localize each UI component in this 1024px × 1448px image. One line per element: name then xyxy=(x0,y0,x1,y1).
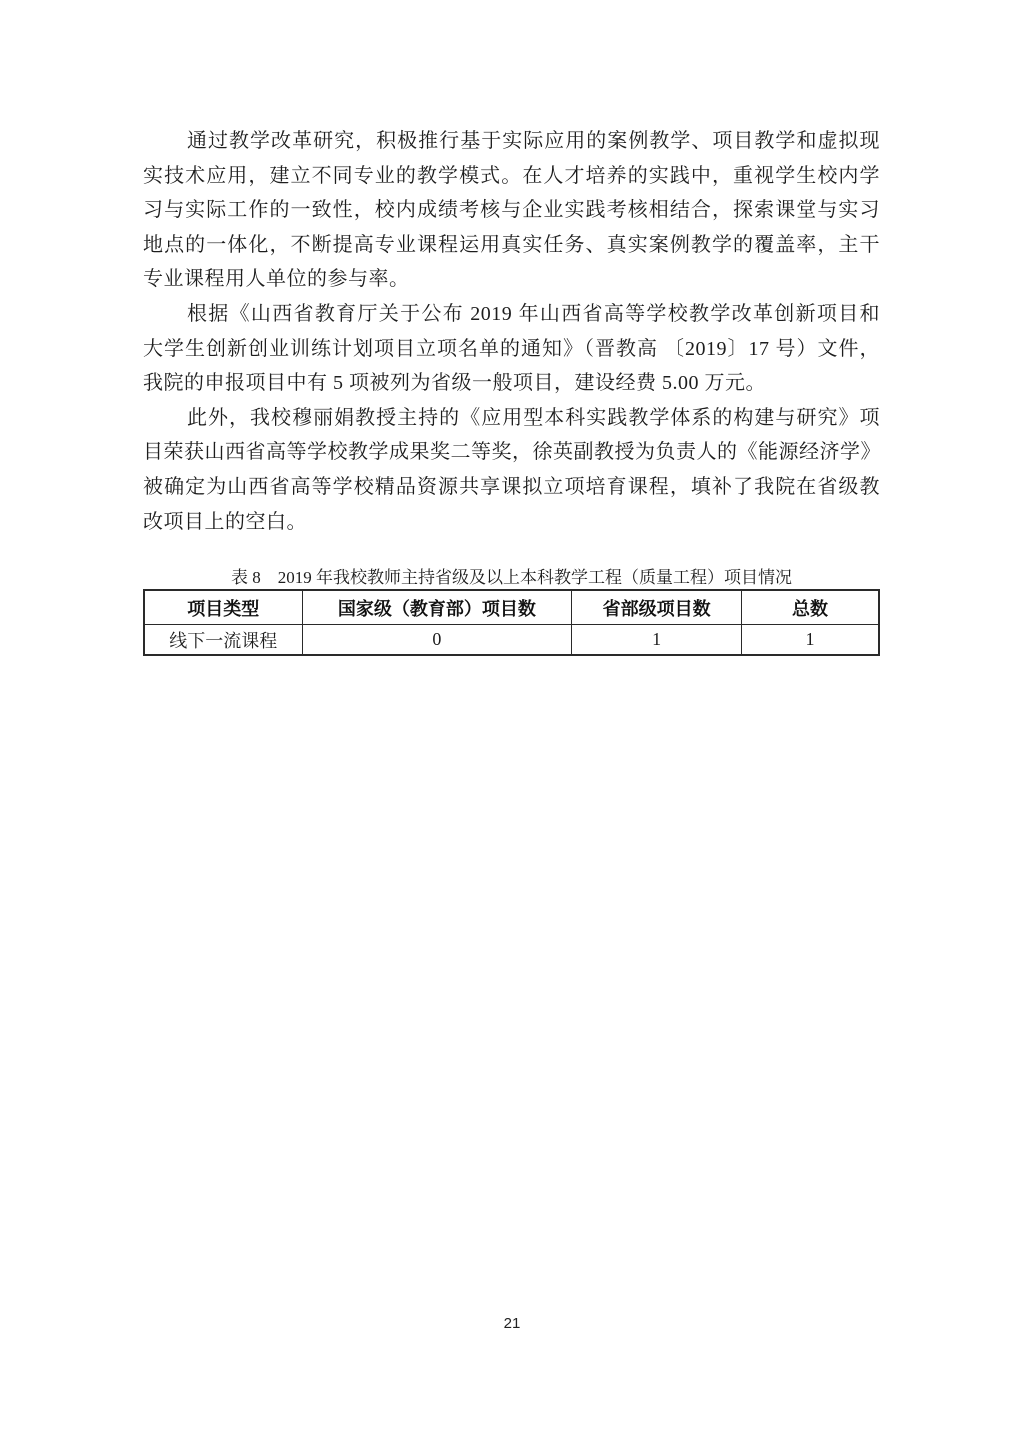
header-total-count: 总数 xyxy=(742,590,879,625)
header-provincial-count: 省部级项目数 xyxy=(572,590,742,625)
header-national-count: 国家级（教育部）项目数 xyxy=(302,590,572,625)
cell-provincial-count: 1 xyxy=(572,625,742,656)
table-row: 线下一流课程 0 1 1 xyxy=(144,625,879,656)
paragraph-1-line: 专业课程用人单位的参与率。 xyxy=(143,262,880,297)
paragraph-2-line: 我院的申报项目中有 5 项被列为省级一般项目，建设经费 5.00 万元。 xyxy=(143,366,880,401)
paragraph-1-line: 习与实际工作的一致性，校内成绩考核与企业实践考核相结合，探索课堂与实习 xyxy=(143,193,880,228)
table-caption: 表 8 2019 年我校教师主持省级及以上本科教学工程（质量工程）项目情况 xyxy=(143,563,880,588)
paragraph-1-line: 地点的一体化，不断提高专业课程运用真实任务、真实案例教学的覆盖率，主干 xyxy=(143,228,880,263)
document-page: 通过教学改革研究，积极推行基于实际应用的案例教学、项目教学和虚拟现 实技术应用，… xyxy=(0,0,1024,1448)
cell-project-type: 线下一流课程 xyxy=(144,625,302,656)
cell-total-count: 1 xyxy=(742,625,879,656)
table-header-row: 项目类型 国家级（教育部）项目数 省部级项目数 总数 xyxy=(144,590,879,625)
header-project-type: 项目类型 xyxy=(144,590,302,625)
paragraph-3-line: 被确定为山西省高等学校精品资源共享课拟立项培育课程，填补了我院在省级教 xyxy=(143,470,880,505)
cell-national-count: 0 xyxy=(302,625,572,656)
body-text-block: 通过教学改革研究，积极推行基于实际应用的案例教学、项目教学和虚拟现 实技术应用，… xyxy=(143,124,880,539)
paragraph-3-line: 目荣获山西省高等学校教学成果奖二等奖，徐英副教授为负责人的《能源经济学》 xyxy=(143,435,880,470)
projects-table: 项目类型 国家级（教育部）项目数 省部级项目数 总数 线下一流课程 0 1 1 xyxy=(143,589,880,656)
paragraph-1-line: 通过教学改革研究，积极推行基于实际应用的案例教学、项目教学和虚拟现 xyxy=(143,124,880,159)
paragraph-3-line: 此外，我校穆丽娟教授主持的《应用型本科实践教学体系的构建与研究》项 xyxy=(143,401,880,436)
paragraph-2-line: 根据《山西省教育厅关于公布 2019 年山西省高等学校教学改革创新项目和 xyxy=(143,297,880,332)
paragraph-2-line: 大学生创新创业训练计划项目立项名单的通知》（晋教高 〔2019〕17 号）文件， xyxy=(143,332,880,367)
paragraph-1-line: 实技术应用，建立不同专业的教学模式。在人才培养的实践中，重视学生校内学 xyxy=(143,159,880,194)
page-number: 21 xyxy=(0,1315,1024,1332)
paragraph-3-line: 改项目上的空白。 xyxy=(143,505,880,540)
